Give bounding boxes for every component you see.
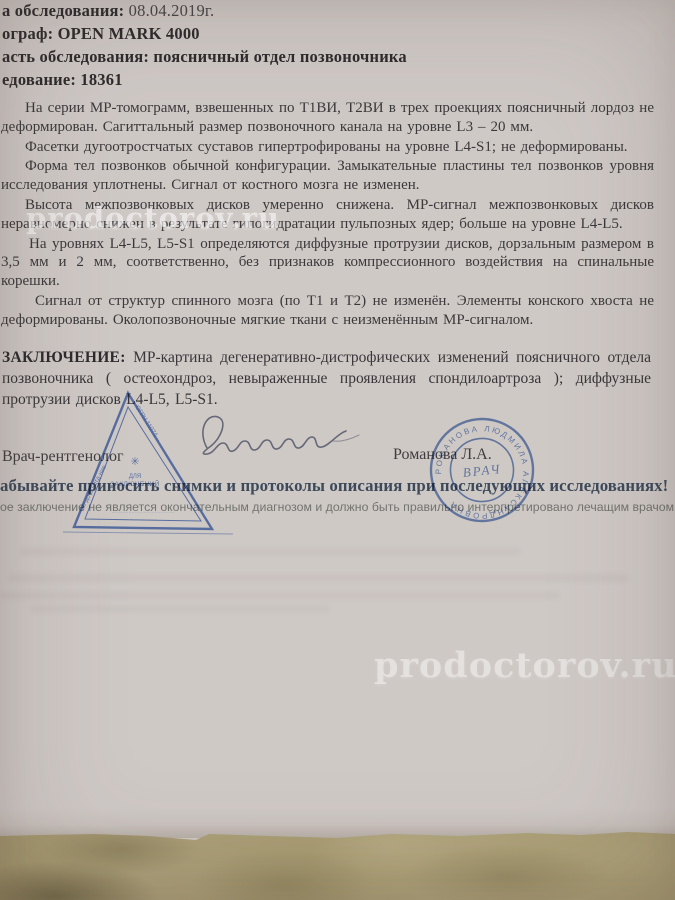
header-study-number-line: едование: 18361 <box>2 70 123 90</box>
triangle-stamp-tiny-line: ········································… <box>112 510 175 515</box>
triangle-stamp-text-zakliucheniy: ЗАКЛЮЧЕНИЙ <box>110 479 159 488</box>
triangle-stamp-emblem: ✳ <box>130 456 139 468</box>
report-paragraph: На уровнях L4-L5, L5-S1 определяются диф… <box>1 235 654 291</box>
report-paragraph: Сигнал от структур спинного мозга (по Т1… <box>1 292 654 330</box>
report-paragraph: На серии МР-томограмм, взвешенных по Т1В… <box>1 99 654 137</box>
header-area-line: асть обследования: поясничный отдел позв… <box>2 47 407 67</box>
header-date-value: 08.04.2019г. <box>124 1 214 20</box>
bleed-through-line <box>0 592 560 599</box>
report-paragraph: Фасетки дугоотростчатых суставов гипертр… <box>1 138 654 157</box>
round-doctor-stamp: РОМАНОВА ЛЮДМИЛА АЛЕКСАНДРОВНА ВРАЧ <box>424 412 540 528</box>
bleed-through-line <box>20 548 520 555</box>
watermark-prodoctorov-middle: prodoctorov.ru <box>26 201 280 235</box>
watermark-prodoctorov-bottom: prodoctorov.ru <box>374 645 675 686</box>
photographed-mri-report: а обследования: 08.04.2019г. ограф: OPEN… <box>0 0 675 900</box>
header-date-label: а обследования: <box>2 1 124 20</box>
conclusion-label: ЗАКЛЮЧЕНИЕ: <box>2 349 126 366</box>
paper-edge-shadow <box>0 808 675 838</box>
header-tomograph-line: ограф: OPEN MARK 4000 <box>2 24 200 44</box>
report-paragraph: Форма тел позвонков обычной конфигурации… <box>1 157 654 195</box>
triangle-stamp-tiny-line: ··· ······ · ····· <box>130 517 157 522</box>
bleed-through-line <box>30 606 330 612</box>
triangle-stamp-left-edge-text: ·во-до-50-отд·ние <box>78 464 109 513</box>
bleed-through-line <box>8 574 628 582</box>
header-date-line: а обследования: 08.04.2019г. <box>2 1 214 21</box>
triangle-stamp-text-dlya: ДЛЯ <box>129 474 141 480</box>
triangular-stamp: ·во-до-50-отд·ние ОГРН 11074··· ✳ ДЛЯ ЗА… <box>55 386 240 546</box>
round-stamp-center-text: ВРАЧ <box>462 461 502 480</box>
